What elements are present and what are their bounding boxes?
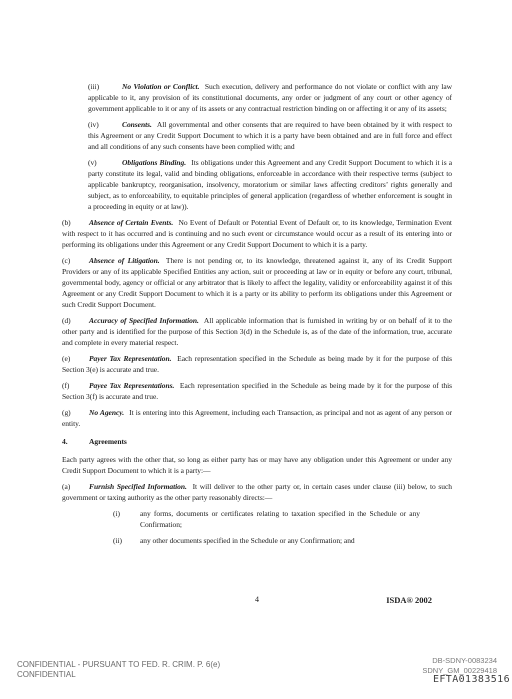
section-title: Agreements [89, 437, 127, 446]
paragraph-heading: Absence of Litigation. [89, 256, 160, 265]
paragraph-label: (g) [62, 407, 89, 418]
clause-iii: (iii)No Violation or Conflict. Such exec… [88, 81, 452, 114]
production-numbers: DB-SDNY-0083234 SDNY_GM_00229418 [422, 656, 497, 675]
paragraph-heading: Furnish Specified Information. [89, 482, 187, 491]
section-4-heading: 4.Agreements [62, 436, 452, 447]
section-number: 4. [62, 436, 89, 447]
clause-label: (iii) [88, 81, 122, 92]
clause-heading: Obligations Binding. [122, 158, 186, 167]
paragraph-f: (f)Payee Tax Representations. Each repre… [62, 380, 452, 402]
paragraph-e: (e)Payer Tax Representation. Each repres… [62, 353, 452, 375]
paragraph-c: (c)Absence of Litigation. There is not p… [62, 255, 452, 310]
paragraph-heading: Absence of Certain Events. [89, 218, 173, 227]
paragraph-heading: No Agency. [89, 408, 124, 417]
paragraph-heading: Payer Tax Representation. [89, 354, 171, 363]
clause-body: any other documents specified in the Sch… [140, 535, 420, 546]
isda-copyright: ISDA® 2002 [386, 595, 432, 605]
confidential-stamp: CONFIDENTIAL - PURSUANT TO FED. R. CRIM.… [17, 660, 220, 680]
paragraph-label: (a) [62, 481, 89, 492]
document-page: (iii)No Violation or Conflict. Such exec… [0, 0, 512, 699]
paragraph-g: (g)No Agency. It is entering into this A… [62, 407, 452, 429]
paragraph-b: (b)Absence of Certain Events. No Event o… [62, 217, 452, 250]
clause-ii: (ii)any other documents specified in the… [113, 535, 420, 546]
clause-label: (ii) [113, 535, 140, 546]
clause-label: (v) [88, 157, 122, 168]
clause-iv: (iv)Consents. All governmental and other… [88, 119, 452, 152]
confidential-stamp-line1: CONFIDENTIAL - PURSUANT TO FED. R. CRIM.… [17, 660, 220, 670]
document-body: (iii)No Violation or Conflict. Such exec… [62, 81, 452, 551]
confidential-stamp-line2: CONFIDENTIAL [17, 670, 220, 680]
paragraph-label: (c) [62, 255, 89, 266]
page-footer: 4 ISDA® 2002 [62, 595, 452, 609]
production-number-db-sdny: DB-SDNY-0083234 [422, 656, 497, 666]
paragraph-label: (e) [62, 353, 89, 364]
paragraph-label: (f) [62, 380, 89, 391]
section-4-intro: Each party agrees with the other that, s… [62, 454, 452, 476]
paragraph-d: (d)Accuracy of Specified Information. Al… [62, 315, 452, 348]
clause-v: (v)Obligations Binding. Its obligations … [88, 157, 452, 212]
bates-number: EFTA01383516 [433, 674, 510, 685]
paragraph-heading: Accuracy of Specified Information. [89, 316, 199, 325]
clause-heading: No Violation or Conflict. [122, 82, 199, 91]
paragraph-a: (a)Furnish Specified Information. It wil… [62, 481, 452, 503]
paragraph-label: (d) [62, 315, 89, 326]
clause-body: any forms, documents or certificates rel… [140, 508, 420, 530]
clause-label: (i) [113, 508, 140, 530]
paragraph-heading: Payee Tax Representations. [89, 381, 174, 390]
clause-i: (i)any forms, documents or certificates … [113, 508, 420, 530]
clause-heading: Consents. [122, 120, 152, 129]
paragraph-label: (b) [62, 217, 89, 228]
clause-label: (iv) [88, 119, 122, 130]
